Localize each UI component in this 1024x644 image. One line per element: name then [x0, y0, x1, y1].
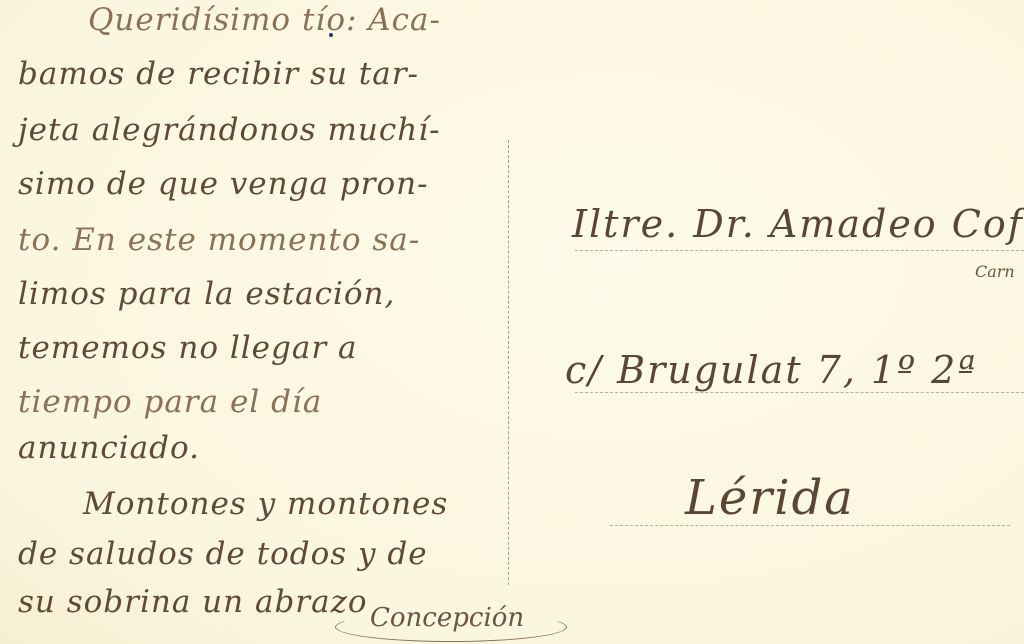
address-recipient-suffix: Carn — [975, 262, 1015, 281]
message-line-4: simo de que venga pron- — [18, 166, 429, 202]
ink-blot — [329, 33, 333, 37]
message-line-2: bamos de recibir su tar- — [18, 56, 419, 92]
address-city: Lérida — [685, 470, 855, 526]
postcard: Queridísimo tío: Aca- bamos de recibir s… — [0, 0, 1024, 644]
message-line-5: to. En este momento sa- — [18, 222, 420, 258]
message-line-12: su sobrina un abrazo — [18, 584, 368, 620]
address-street: c/ Brugulat 7, 1º 2ª — [565, 348, 977, 392]
message-line-1: Queridísimo tío: Aca- — [88, 2, 441, 38]
signature: Concepción — [370, 603, 524, 633]
message-line-7: tememos no llegar a — [18, 330, 358, 366]
message-line-10: Montones y montones — [83, 486, 448, 522]
message-line-3: jeta alegrándonos muchí- — [18, 112, 441, 148]
address-rule-2 — [575, 392, 1024, 393]
message-line-9: anunciado. — [18, 430, 200, 466]
address-rule-1 — [575, 250, 1024, 251]
center-divider — [508, 140, 509, 585]
message-line-6: limos para la estación, — [18, 276, 395, 312]
message-line-8: tiempo para el día — [18, 384, 322, 420]
address-recipient: Iltre. Dr. Amadeo Cof — [572, 202, 1024, 246]
message-line-11: de saludos de todos y de — [18, 536, 428, 572]
